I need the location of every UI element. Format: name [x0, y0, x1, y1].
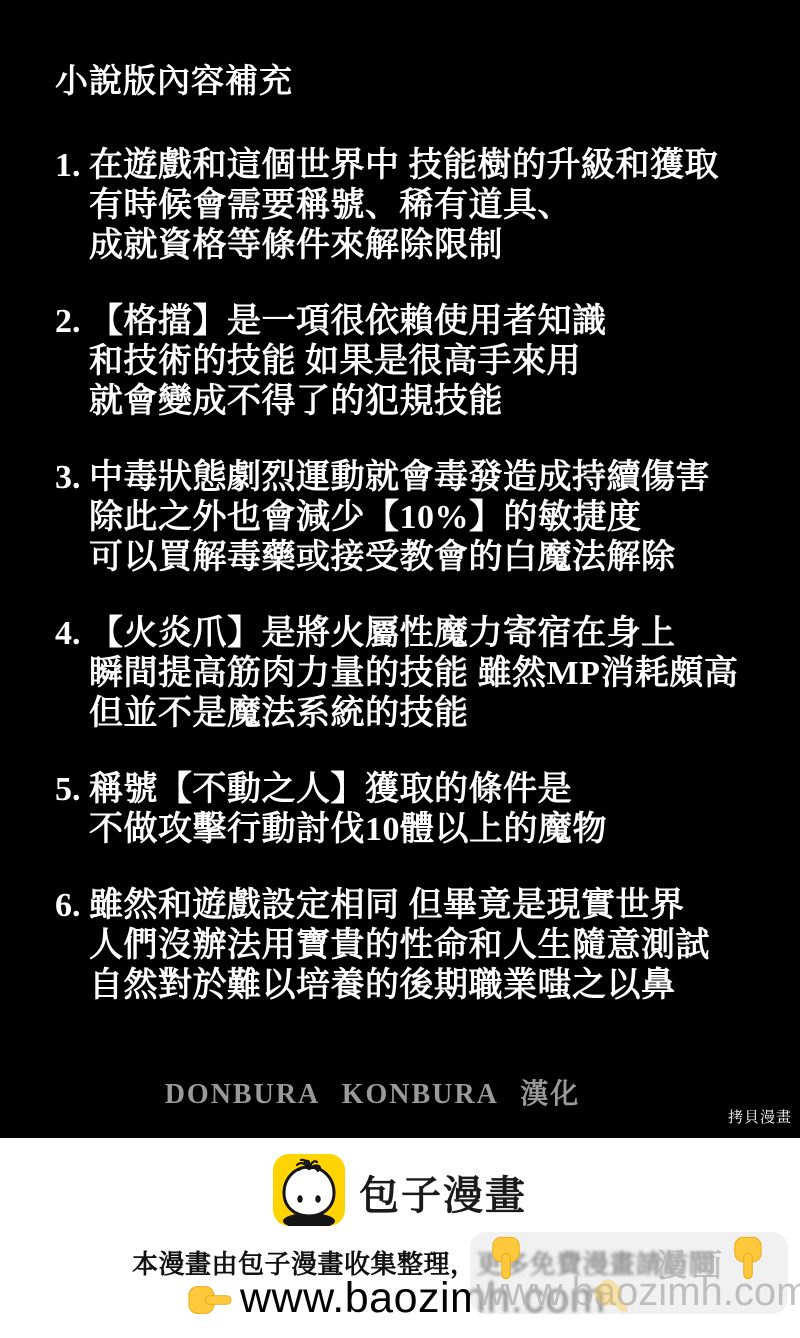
item-number: 3.: [55, 458, 89, 578]
notes-panel: 小說版內容補充 1. 在遊戲和這個世界中 技能樹的升級和獲取 有時候會需要稱號、…: [0, 0, 800, 1138]
note-item-1: 1. 在遊戲和這個世界中 技能樹的升級和獲取 有時候會需要稱號、稀有道具、 成就…: [55, 146, 800, 266]
item-line: 成就資格等條件來解除限制: [89, 226, 719, 266]
item-number: 6.: [55, 886, 89, 1006]
item-line: 在遊戲和這個世界中 技能樹的升級和獲取: [89, 146, 719, 186]
item-line: 雖然和遊戲設定相同 但畢竟是現實世界: [89, 886, 710, 926]
pointing-right-icon: [188, 1278, 232, 1322]
item-line: 可以買解毒藥或接受教會的白魔法解除: [89, 538, 710, 578]
footer: 包子漫畫 本漫畫由包子漫畫收集整理，更多免費漫畫請訪問 www.baozimh.…: [0, 1138, 800, 1338]
item-line: 中毒狀態劇烈運動就會毒發造成持續傷害: [89, 458, 710, 498]
item-text: 【格擋】是一項很依賴使用者知識 和技術的技能 如果是很高手來用 就會變成不得了的…: [89, 302, 607, 422]
watermark-overlay: 漫画 www.baozimh.com: [470, 1232, 788, 1314]
corner-label: 拷貝漫畫: [728, 1106, 792, 1127]
note-item-3: 3. 中毒狀態劇烈運動就會毒發造成持續傷害 除此之外也會減少【10%】的敏捷度 …: [55, 458, 800, 578]
item-number: 1.: [55, 146, 89, 266]
item-number: 5.: [55, 770, 89, 850]
manga-page: 小說版內容補充 1. 在遊戲和這個世界中 技能樹的升級和獲取 有時候會需要稱號、…: [0, 0, 800, 1338]
item-line: 不做攻擊行動討伐10體以上的魔物: [89, 810, 607, 850]
item-number: 2.: [55, 302, 89, 422]
item-line: 【火炎爪】是將火屬性魔力寄宿在身上: [89, 614, 738, 654]
item-number: 4.: [55, 614, 89, 734]
item-line: 瞬間提高筋肉力量的技能 雖然MP消耗頗高: [89, 654, 738, 694]
note-item-2: 2. 【格擋】是一項很依賴使用者知識 和技術的技能 如果是很高手來用 就會變成不…: [55, 302, 800, 422]
brand-name: 包子漫畫: [359, 1164, 527, 1221]
item-text: 【火炎爪】是將火屬性魔力寄宿在身上 瞬間提高筋肉力量的技能 雖然MP消耗頗高 但…: [89, 614, 738, 734]
page-title: 小說版內容補充: [55, 62, 800, 102]
note-item-6: 6. 雖然和遊戲設定相同 但畢竟是現實世界 人們沒辦法用寶貴的性命和人生隨意測試…: [55, 886, 800, 1006]
translation-credit: DONBURA KONBURA 漢化: [0, 1072, 745, 1112]
baozi-bun-logo-icon: [273, 1154, 345, 1231]
item-text: 稱號【不動之人】獲取的條件是 不做攻擊行動討伐10體以上的魔物: [89, 770, 607, 850]
watermark-url: www.baozimh.com: [476, 1270, 800, 1315]
item-line: 除此之外也會減少【10%】的敏捷度: [89, 498, 710, 538]
item-line: 稱號【不動之人】獲取的條件是: [89, 770, 607, 810]
item-line: 自然對於難以培養的後期職業嗤之以鼻: [89, 966, 710, 1006]
item-text: 在遊戲和這個世界中 技能樹的升級和獲取 有時候會需要稱號、稀有道具、 成就資格等…: [89, 146, 719, 266]
note-item-4: 4. 【火炎爪】是將火屬性魔力寄宿在身上 瞬間提高筋肉力量的技能 雖然MP消耗頗…: [55, 614, 800, 734]
item-line: 人們沒辦法用寶貴的性命和人生隨意測試: [89, 926, 710, 966]
note-item-5: 5. 稱號【不動之人】獲取的條件是 不做攻擊行動討伐10體以上的魔物: [55, 770, 800, 850]
item-line: 和技術的技能 如果是很高手來用: [89, 342, 607, 382]
brand-row: 包子漫畫: [0, 1154, 800, 1231]
item-line: 但並不是魔法系統的技能: [89, 694, 738, 734]
item-text: 中毒狀態劇烈運動就會毒發造成持續傷害 除此之外也會減少【10%】的敏捷度 可以買…: [89, 458, 710, 578]
item-text: 雖然和遊戲設定相同 但畢竟是現實世界 人們沒辦法用寶貴的性命和人生隨意測試 自然…: [89, 886, 710, 1006]
item-line: 有時候會需要稱號、稀有道具、: [89, 186, 719, 226]
item-line: 就會變成不得了的犯規技能: [89, 382, 607, 422]
item-line: 【格擋】是一項很依賴使用者知識: [89, 302, 607, 342]
